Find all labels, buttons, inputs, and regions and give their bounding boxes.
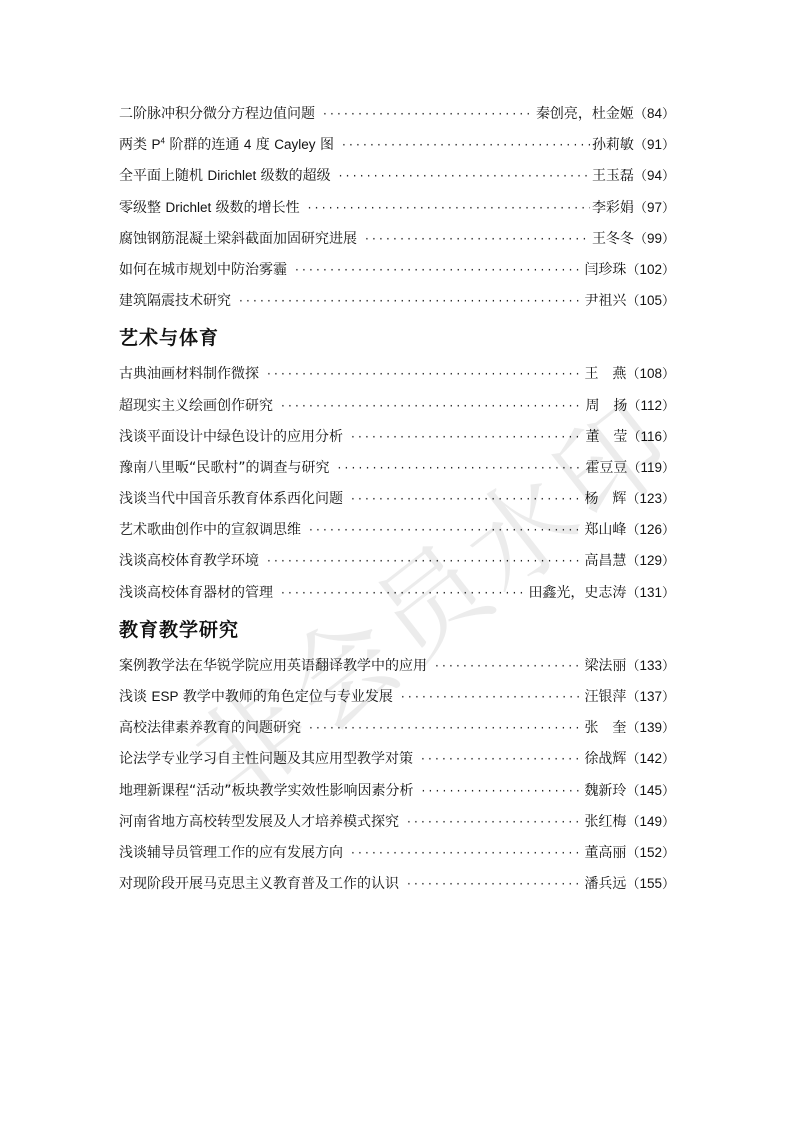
entry-title: 浅谈当代中国音乐教育体系西化问题	[119, 484, 343, 515]
toc-entry[interactable]: 浅谈 ESP 教学中教师的角色定位与专业发展 汪银萍 137	[119, 681, 675, 712]
entry-page-number: 149	[626, 806, 675, 838]
entry-page-number: 133	[626, 650, 675, 682]
leader-dots	[422, 776, 583, 807]
entry-author: 闫珍珠	[584, 255, 626, 286]
document-page: 二阶脉冲积分微分方程边值问题 秦创亮，杜金姬 84 两类 P4 阶群的连通 4 …	[0, 0, 793, 1122]
leader-dots	[281, 578, 526, 609]
leader-dots	[267, 546, 582, 577]
entry-author: 张 奎	[584, 713, 626, 744]
entry-author: 秦创亮，杜金姬	[536, 99, 634, 130]
title-text: 浅谈	[119, 689, 151, 705]
toc-entry[interactable]: 建筑隔震技术研究 尹祖兴 105	[119, 285, 675, 316]
entry-page-number: 94	[634, 160, 675, 192]
toc-entry[interactable]: 古典油画材料制作微探 王 燕 108	[119, 358, 675, 389]
entry-page-number: 84	[634, 98, 675, 130]
title-latin: ESP	[151, 689, 178, 704]
entry-page-number: 119	[627, 452, 675, 484]
title-text: 全平面上随机	[119, 168, 207, 184]
toc-entry[interactable]: 全平面上随机 Dirichlet 级数的超级 王玉磊 94	[119, 160, 675, 191]
entry-page-number: 123	[626, 483, 675, 515]
entry-author: 董高丽	[584, 838, 626, 869]
entry-author: 尹祖兴	[584, 286, 626, 317]
entry-page-number: 99	[634, 223, 675, 255]
toc-entry[interactable]: 对现阶段开展马克思主义教育普及工作的认识 潘兵远 155	[119, 868, 675, 899]
entry-author: 王冬冬	[592, 224, 634, 255]
leader-dots	[401, 682, 583, 713]
title-latin: Drichlet	[165, 200, 211, 215]
entry-page-number: 145	[626, 775, 675, 807]
toc-entry[interactable]: 浅谈平面设计中绿色设计的应用分析 董 莹 116	[119, 421, 675, 452]
entry-author: 汪银萍	[584, 682, 626, 713]
leader-dots	[281, 391, 583, 422]
toc-entry[interactable]: 豫南八里畈“民歌村”的调查与研究 霍豆豆 119	[119, 452, 675, 483]
section-heading-arts-sports: 艺术与体育	[119, 318, 675, 358]
toc-entry[interactable]: 二阶脉冲积分微分方程边值问题 秦创亮，杜金姬 84	[119, 98, 675, 129]
entry-title: 浅谈 ESP 教学中教师的角色定位与专业发展	[119, 681, 393, 713]
entry-title: 河南省地方高校转型发展及人才培养模式探究	[119, 807, 399, 838]
leader-dots	[435, 651, 582, 682]
leader-dots	[351, 484, 582, 515]
entry-page-number: 155	[626, 868, 675, 900]
leader-dots	[239, 286, 582, 317]
leader-dots	[342, 130, 590, 161]
toc-entry[interactable]: 艺术歌曲创作中的宣叙调思维 郑山峰 126	[119, 514, 675, 545]
entry-page-number: 97	[634, 192, 675, 224]
entry-title: 地理新课程“活动”板块教学实效性影响因素分析	[119, 776, 414, 807]
entry-author: 李彩娟	[592, 193, 634, 224]
leader-dots	[338, 453, 584, 484]
entry-title: 古典油画材料制作微探	[119, 359, 259, 390]
entry-title: 如何在城市规划中防治雾霾	[119, 255, 287, 286]
title-text: 图	[316, 137, 334, 153]
title-latin: Cayley	[274, 137, 315, 152]
toc-entry[interactable]: 浅谈高校体育器材的管理 田鑫光，史志涛 131	[119, 577, 675, 608]
leader-dots	[308, 193, 590, 224]
entry-title: 豫南八里畈“民歌村”的调查与研究	[119, 453, 330, 484]
entry-author: 潘兵远	[584, 869, 626, 900]
table-of-contents: 二阶脉冲积分微分方程边值问题 秦创亮，杜金姬 84 两类 P4 阶群的连通 4 …	[119, 98, 675, 899]
entry-title: 超现实主义绘画创作研究	[119, 391, 273, 422]
entry-title: 两类 P4 阶群的连通 4 度 Cayley 图	[119, 129, 334, 161]
toc-entry[interactable]: 案例教学法在华锐学院应用英语翻译教学中的应用 梁法丽 133	[119, 650, 675, 681]
toc-entry[interactable]: 零级整 Drichlet 级数的增长性 李彩娟 97	[119, 192, 675, 223]
leader-dots	[323, 99, 534, 130]
entry-page-number: 108	[626, 358, 675, 390]
entry-title: 浅谈高校体育器材的管理	[119, 578, 273, 609]
entry-title: 建筑隔震技术研究	[119, 286, 231, 317]
entry-author: 孙莉敏	[592, 130, 634, 161]
toc-entry[interactable]: 高校法律素养教育的问题研究 张 奎 139	[119, 712, 675, 743]
leader-dots	[407, 807, 582, 838]
entry-author: 徐战辉	[584, 744, 626, 775]
toc-entry[interactable]: 河南省地方高校转型发展及人才培养模式探究 张红梅 149	[119, 806, 675, 837]
title-text: 零级整	[119, 200, 165, 216]
leader-dots	[295, 255, 582, 286]
entry-author: 魏新玲	[584, 776, 626, 807]
leader-dots	[339, 161, 590, 192]
entry-author: 杨 辉	[584, 484, 626, 515]
entry-title: 二阶脉冲积分微分方程边值问题	[119, 99, 315, 130]
toc-entry[interactable]: 如何在城市规划中防治雾霾 闫珍珠 102	[119, 254, 675, 285]
entry-page-number: 102	[626, 254, 675, 286]
entry-author: 张红梅	[584, 807, 626, 838]
entry-title: 全平面上随机 Dirichlet 级数的超级	[119, 160, 331, 192]
entry-author: 王 燕	[584, 359, 626, 390]
entry-title: 案例教学法在华锐学院应用英语翻译教学中的应用	[119, 651, 427, 682]
title-latin: Dirichlet	[207, 168, 256, 183]
title-text: 两类	[119, 137, 151, 153]
entry-page-number: 126	[626, 514, 675, 546]
entry-author: 郑山峰	[584, 515, 626, 546]
entry-page-number: 137	[626, 681, 675, 713]
entry-title: 艺术歌曲创作中的宣叙调思维	[119, 515, 301, 546]
title-text: 度	[251, 137, 274, 153]
entry-author: 周 扬	[585, 391, 627, 422]
entry-author: 田鑫光，史志涛	[528, 578, 626, 609]
entry-title: 高校法律素养教育的问题研究	[119, 713, 301, 744]
leader-dots	[407, 869, 582, 900]
entry-page-number: 105	[626, 285, 675, 317]
leader-dots	[309, 515, 582, 546]
entry-author: 王玉磊	[592, 161, 634, 192]
entry-author: 董 莹	[585, 422, 627, 453]
leader-dots	[351, 422, 583, 453]
entry-title: 零级整 Drichlet 级数的增长性	[119, 192, 300, 224]
leader-dots	[421, 744, 582, 775]
title-text: 级数的增长性	[211, 200, 299, 216]
section-heading-education-research: 教育教学研究	[119, 610, 675, 650]
entry-author: 梁法丽	[584, 651, 626, 682]
title-text: 教学中教师的角色定位与专业发展	[178, 689, 392, 705]
toc-entry[interactable]: 浅谈辅导员管理工作的应有发展方向 董高丽 152	[119, 837, 675, 868]
toc-entry[interactable]: 浅谈高校体育教学环境 高昌慧 129	[119, 545, 675, 576]
entry-page-number: 129	[626, 545, 675, 577]
entry-page-number: 116	[627, 421, 675, 453]
leader-dots	[267, 359, 582, 390]
entry-page-number: 112	[627, 390, 675, 422]
toc-entry[interactable]: 地理新课程“活动”板块教学实效性影响因素分析 魏新玲 145	[119, 775, 675, 806]
leader-dots	[365, 224, 590, 255]
entry-page-number: 91	[634, 129, 675, 161]
toc-entry[interactable]: 论法学专业学习自主性问题及其应用型教学对策 徐战辉 142	[119, 743, 675, 774]
toc-entry[interactable]: 浅谈当代中国音乐教育体系西化问题 杨 辉 123	[119, 483, 675, 514]
title-text: 阶群的连通	[165, 137, 244, 153]
entry-title: 对现阶段开展马克思主义教育普及工作的认识	[119, 869, 399, 900]
leader-dots	[351, 838, 582, 869]
entry-title: 腐蚀钢筋混凝土梁斜截面加固研究进展	[119, 224, 357, 255]
entry-author: 高昌慧	[584, 546, 626, 577]
entry-author: 霍豆豆	[585, 453, 627, 484]
toc-entry[interactable]: 两类 P4 阶群的连通 4 度 Cayley 图 孙莉敏 91	[119, 129, 675, 160]
leader-dots	[309, 713, 582, 744]
title-text: 级数的超级	[256, 168, 330, 184]
entry-title: 浅谈高校体育教学环境	[119, 546, 259, 577]
toc-entry[interactable]: 腐蚀钢筋混凝土梁斜截面加固研究进展 王冬冬 99	[119, 223, 675, 254]
entry-title: 浅谈辅导员管理工作的应有发展方向	[119, 838, 343, 869]
entry-title: 浅谈平面设计中绿色设计的应用分析	[119, 422, 343, 453]
entry-title: 论法学专业学习自主性问题及其应用型教学对策	[119, 744, 413, 775]
entry-page-number: 152	[626, 837, 675, 869]
entry-page-number: 131	[626, 577, 675, 609]
entry-page-number: 142	[626, 743, 675, 775]
toc-entry[interactable]: 超现实主义绘画创作研究 周 扬 112	[119, 390, 675, 421]
entry-page-number: 139	[626, 712, 675, 744]
